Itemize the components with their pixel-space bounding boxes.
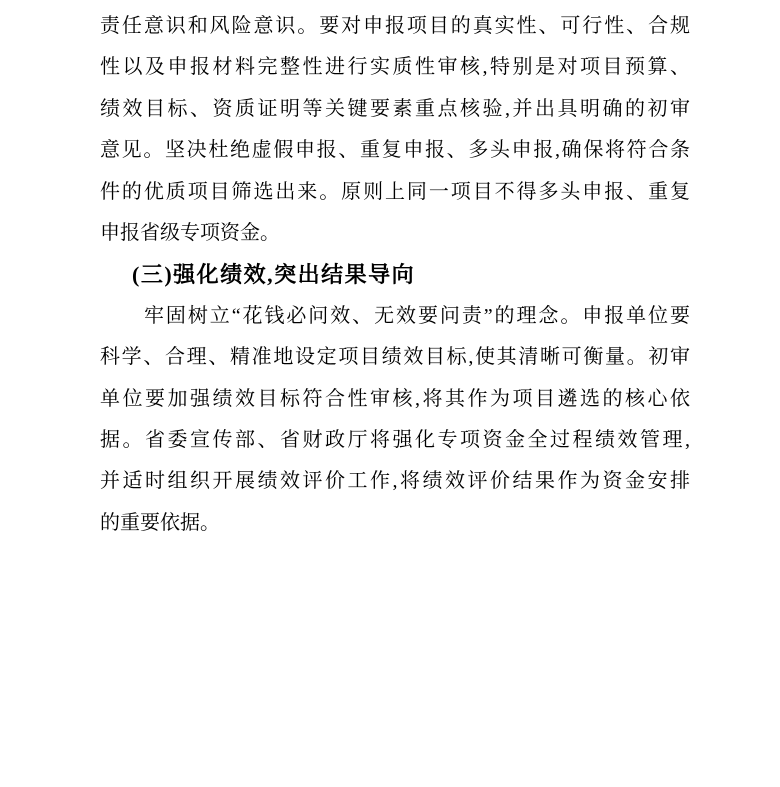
body-text-line: 性以及申报材料完整性进行实质性审核,特别是对项目预算、 [100,47,690,88]
body-text-line: 责任意识和风险意识。要对申报项目的真实性、可行性、合规 [100,6,690,47]
body-text-line: 的重要依据。 [100,503,690,544]
document-page: 责任意识和风险意识。要对申报项目的真实性、可行性、合规 性以及申报材料完整性进行… [0,0,780,787]
body-text-line: 申报省级专项资金。 [100,213,690,254]
body-text-line: 科学、合理、精准地设定项目绩效目标,使其清晰可衡量。初审 [100,337,690,378]
body-text-line: 并适时组织开展绩效评价工作,将绩效评价结果作为资金安排 [100,461,690,502]
text-block: 责任意识和风险意识。要对申报项目的真实性、可行性、合规 性以及申报材料完整性进行… [100,6,690,544]
body-text-line: 牢固树立“花钱必问效、无效要问责”的理念。申报单位要 [100,296,690,337]
body-text-line: 绩效目标、资质证明等关键要素重点核验,并出具明确的初审 [100,89,690,130]
section-heading: (三)强化绩效,突出结果导向 [100,254,690,295]
body-text-line: 意见。坚决杜绝虚假申报、重复申报、多头申报,确保将符合条 [100,130,690,171]
body-text-line: 据。省委宣传部、省财政厅将强化专项资金全过程绩效管理, [100,420,690,461]
body-text-line: 件的优质项目筛选出来。原则上同一项目不得多头申报、重复 [100,172,690,213]
body-text-line: 单位要加强绩效目标符合性审核,将其作为项目遴选的核心依 [100,379,690,420]
